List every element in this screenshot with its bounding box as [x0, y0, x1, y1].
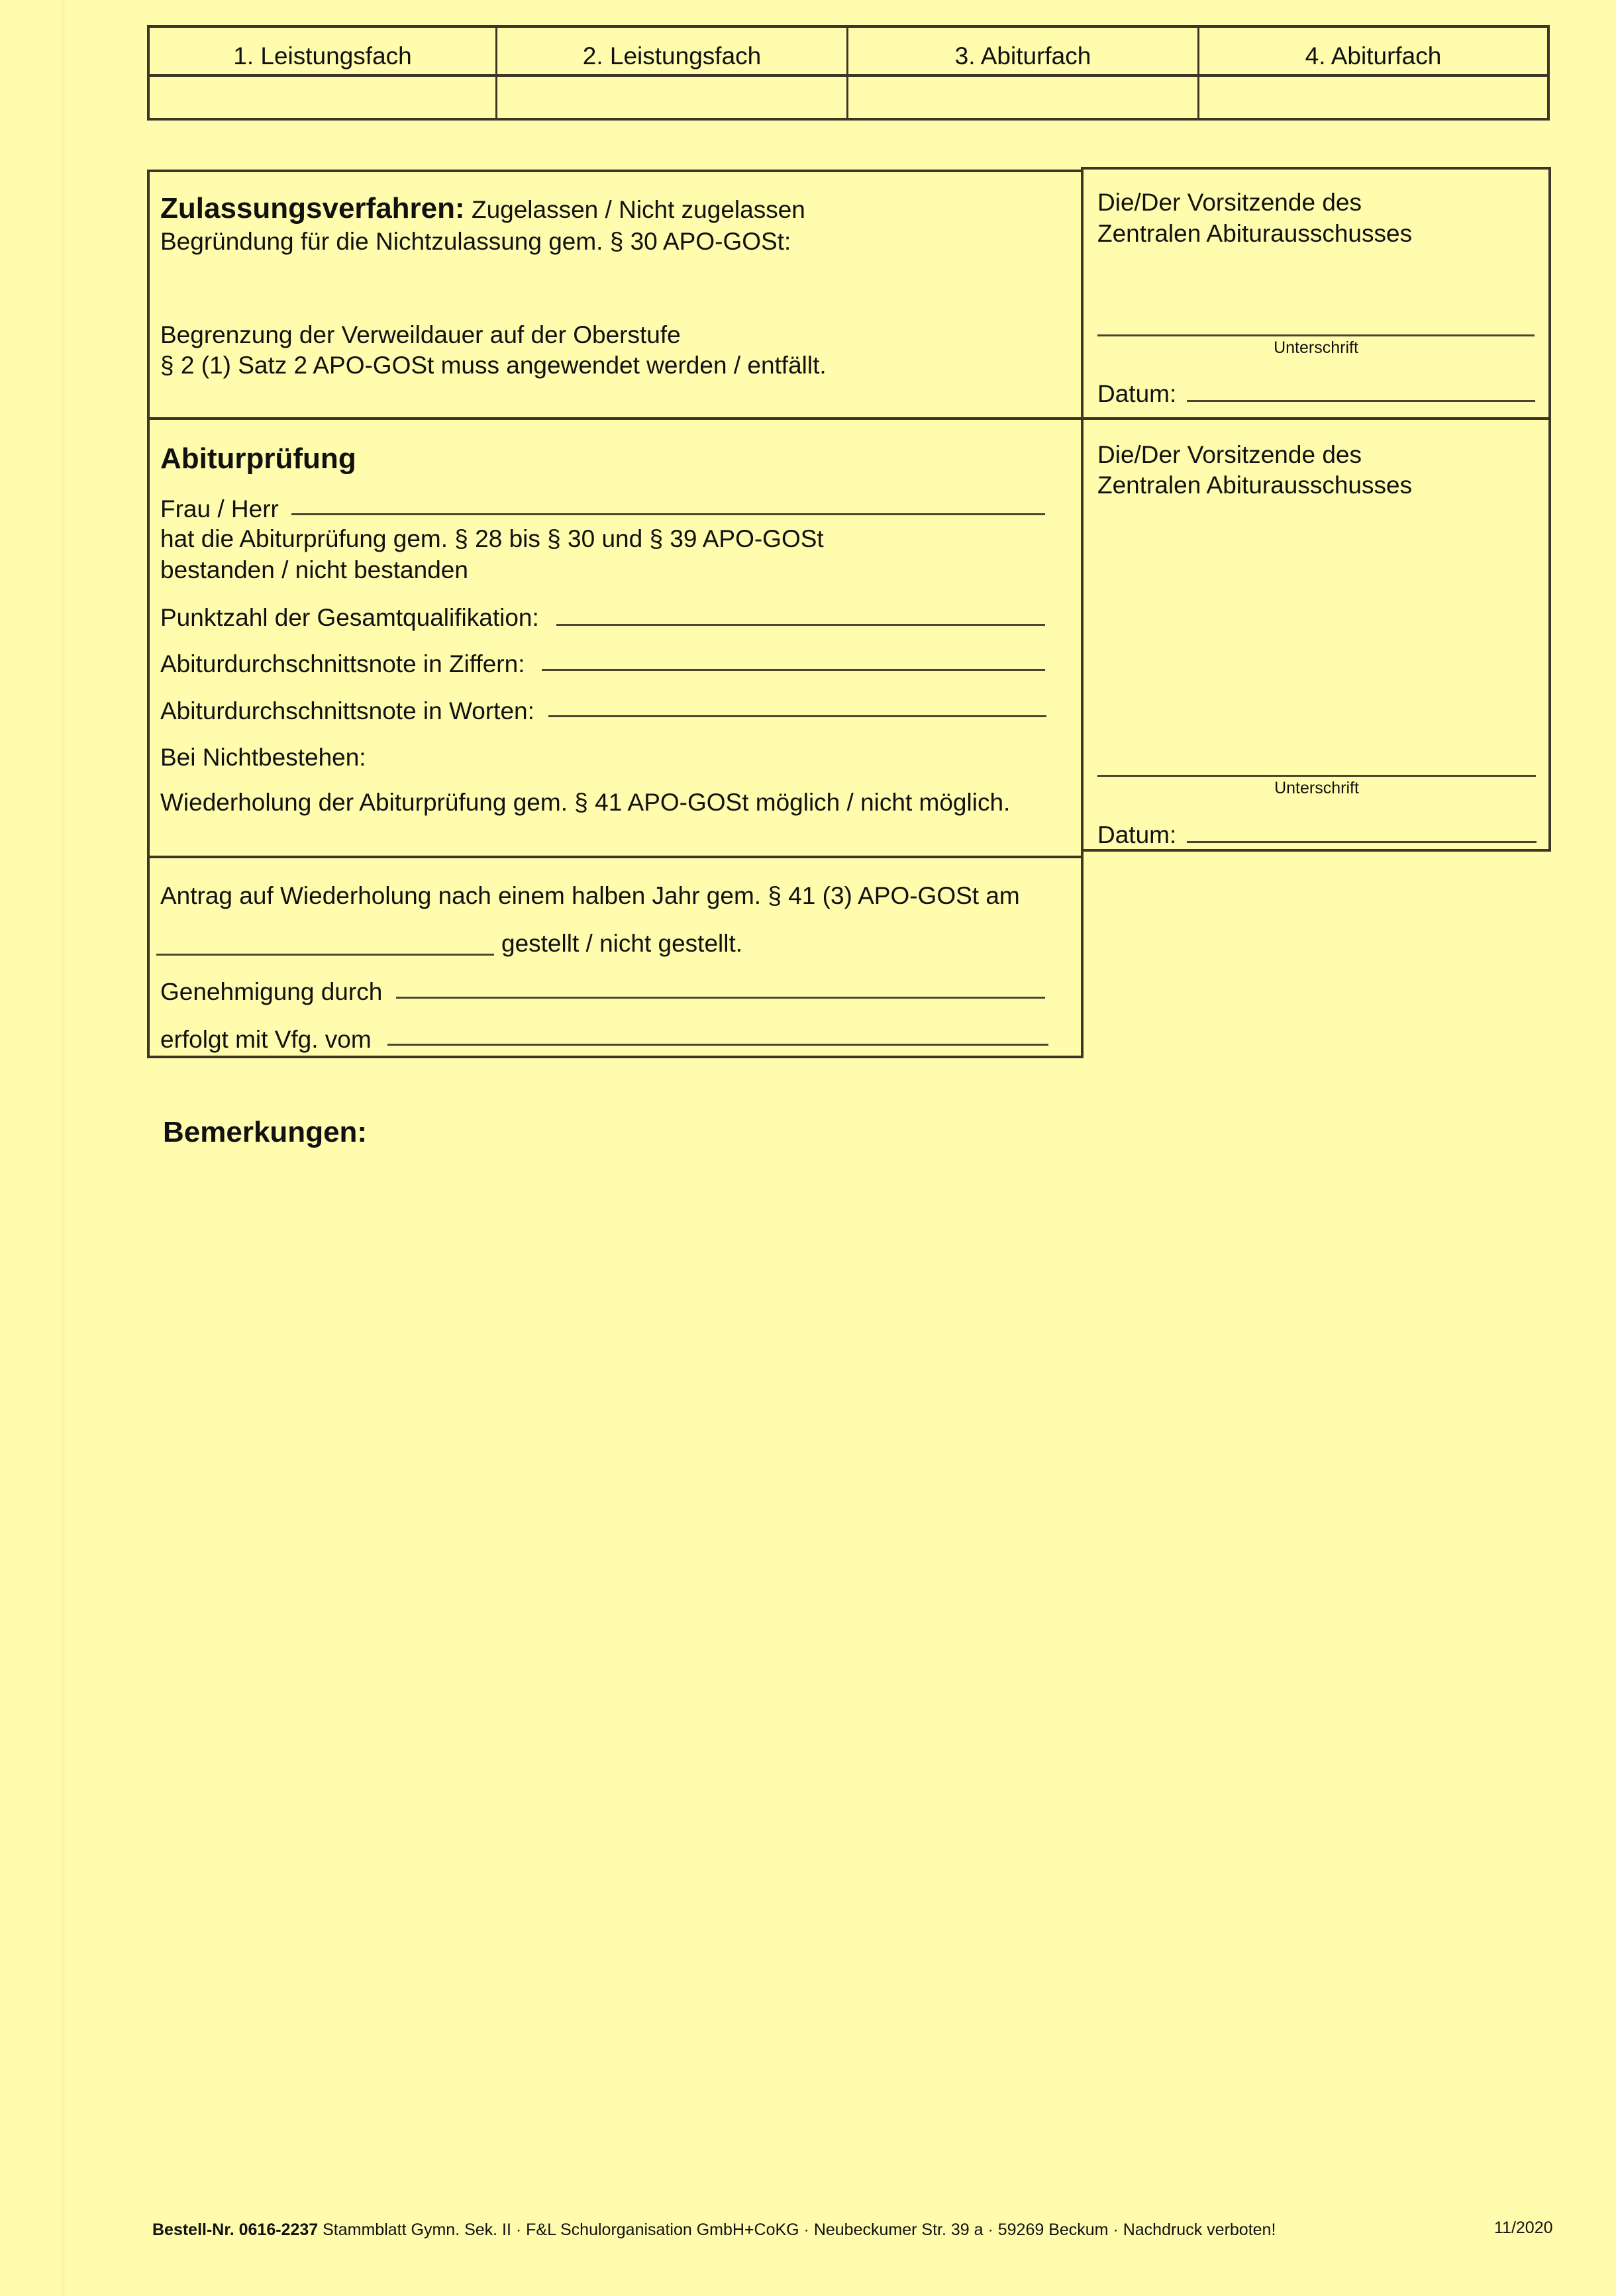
repeat-possible-text[interactable]: Wiederholung der Abiturprüfung gem. § 41…: [160, 790, 1010, 815]
subject-header-4: 4. Abiturfach: [1199, 36, 1547, 76]
signature-caption: Unterschrift: [1097, 340, 1535, 356]
paper-fold: [61, 0, 65, 2296]
name-label: Frau / Herr: [160, 497, 279, 521]
section-divider-2: [147, 856, 1084, 858]
decree-label: erfolgt mit Vfg. vom: [160, 1027, 372, 1052]
admission-title: Zulassungsverfahren:: [160, 192, 465, 225]
admission-heading-line: Zulassungsverfahren: Zugelassen / Nicht …: [160, 194, 805, 223]
date-label: Datum:: [1097, 381, 1176, 406]
decree-line: [387, 1044, 1048, 1046]
date-label: Datum:: [1097, 823, 1176, 847]
remarks-title: Bemerkungen:: [163, 1118, 367, 1147]
subject-field-1[interactable]: [150, 78, 495, 118]
chair-title-line2: Zentralen Abiturausschusses: [1097, 473, 1412, 497]
order-number: Bestell-Nr. 0616-2237: [152, 2221, 318, 2239]
signature-line[interactable]: [1097, 334, 1535, 336]
points-line: [556, 624, 1045, 626]
request-date-line: [156, 954, 494, 956]
approval-label: Genehmigung durch: [160, 979, 382, 1004]
date-line: [1187, 400, 1535, 402]
name-line: [291, 513, 1045, 515]
fail-label: Bei Nichtbestehen:: [160, 745, 366, 770]
approval-line: [396, 997, 1045, 999]
section-divider-1: [147, 417, 1551, 420]
dwell-limit-line1: Begrenzung der Verweildauer auf der Ober…: [160, 323, 681, 347]
edition-date: 11/2020: [1494, 2220, 1553, 2236]
grade-digits-label: Abiturdurchschnittsnote in Ziffern:: [160, 652, 525, 676]
exam-passed-line1: hat die Abiturprüfung gem. § 28 bis § 30…: [160, 526, 824, 551]
admission-options[interactable]: Zugelassen / Nicht zugelassen: [472, 196, 805, 223]
admission-reason-field[interactable]: [160, 265, 1061, 318]
grade-words-label: Abiturdurchschnittsnote in Worten:: [160, 699, 534, 723]
subject-header-1: 1. Leistungsfach: [150, 36, 495, 76]
chair-title-line1: Die/Der Vorsitzende des: [1097, 442, 1362, 467]
chair-title-line2: Zentralen Abiturausschusses: [1097, 221, 1412, 246]
chair-title-line1: Die/Der Vorsitzende des: [1097, 190, 1362, 215]
subject-header-2: 2. Leistungsfach: [497, 36, 846, 76]
signature-line[interactable]: [1097, 775, 1536, 777]
footer-text: Stammblatt Gymn. Sek. II · F&L Schulorga…: [323, 2221, 1276, 2239]
admission-reason-label: Begründung für die Nichtzulassung gem. §…: [160, 229, 791, 254]
subject-header-3: 3. Abiturfach: [848, 36, 1197, 76]
dwell-limit-line2[interactable]: § 2 (1) Satz 2 APO-GOSt muss angewendet …: [160, 353, 827, 377]
footer-imprint: Bestell-Nr. 0616-2237 Stammblatt Gymn. S…: [152, 2222, 1276, 2238]
grade-words-line: [548, 715, 1046, 717]
subject-field-4[interactable]: [1199, 78, 1547, 118]
remarks-field[interactable]: [163, 1166, 1547, 2159]
signature-caption: Unterschrift: [1097, 780, 1536, 797]
repeat-request-line1: Antrag auf Wiederholung nach einem halbe…: [160, 883, 1020, 908]
date-line: [1187, 841, 1537, 843]
right-column-border: [1081, 167, 1551, 852]
points-label: Punktzahl der Gesamtqualifikation:: [160, 605, 539, 630]
grade-digits-line: [542, 669, 1045, 671]
exam-passed-line2[interactable]: bestanden / nicht bestanden: [160, 558, 468, 582]
subject-field-3[interactable]: [848, 78, 1197, 118]
subject-field-2[interactable]: [497, 78, 846, 118]
request-status-text[interactable]: gestellt / nicht gestellt.: [501, 931, 742, 956]
exam-title: Abiturprüfung: [160, 444, 356, 474]
